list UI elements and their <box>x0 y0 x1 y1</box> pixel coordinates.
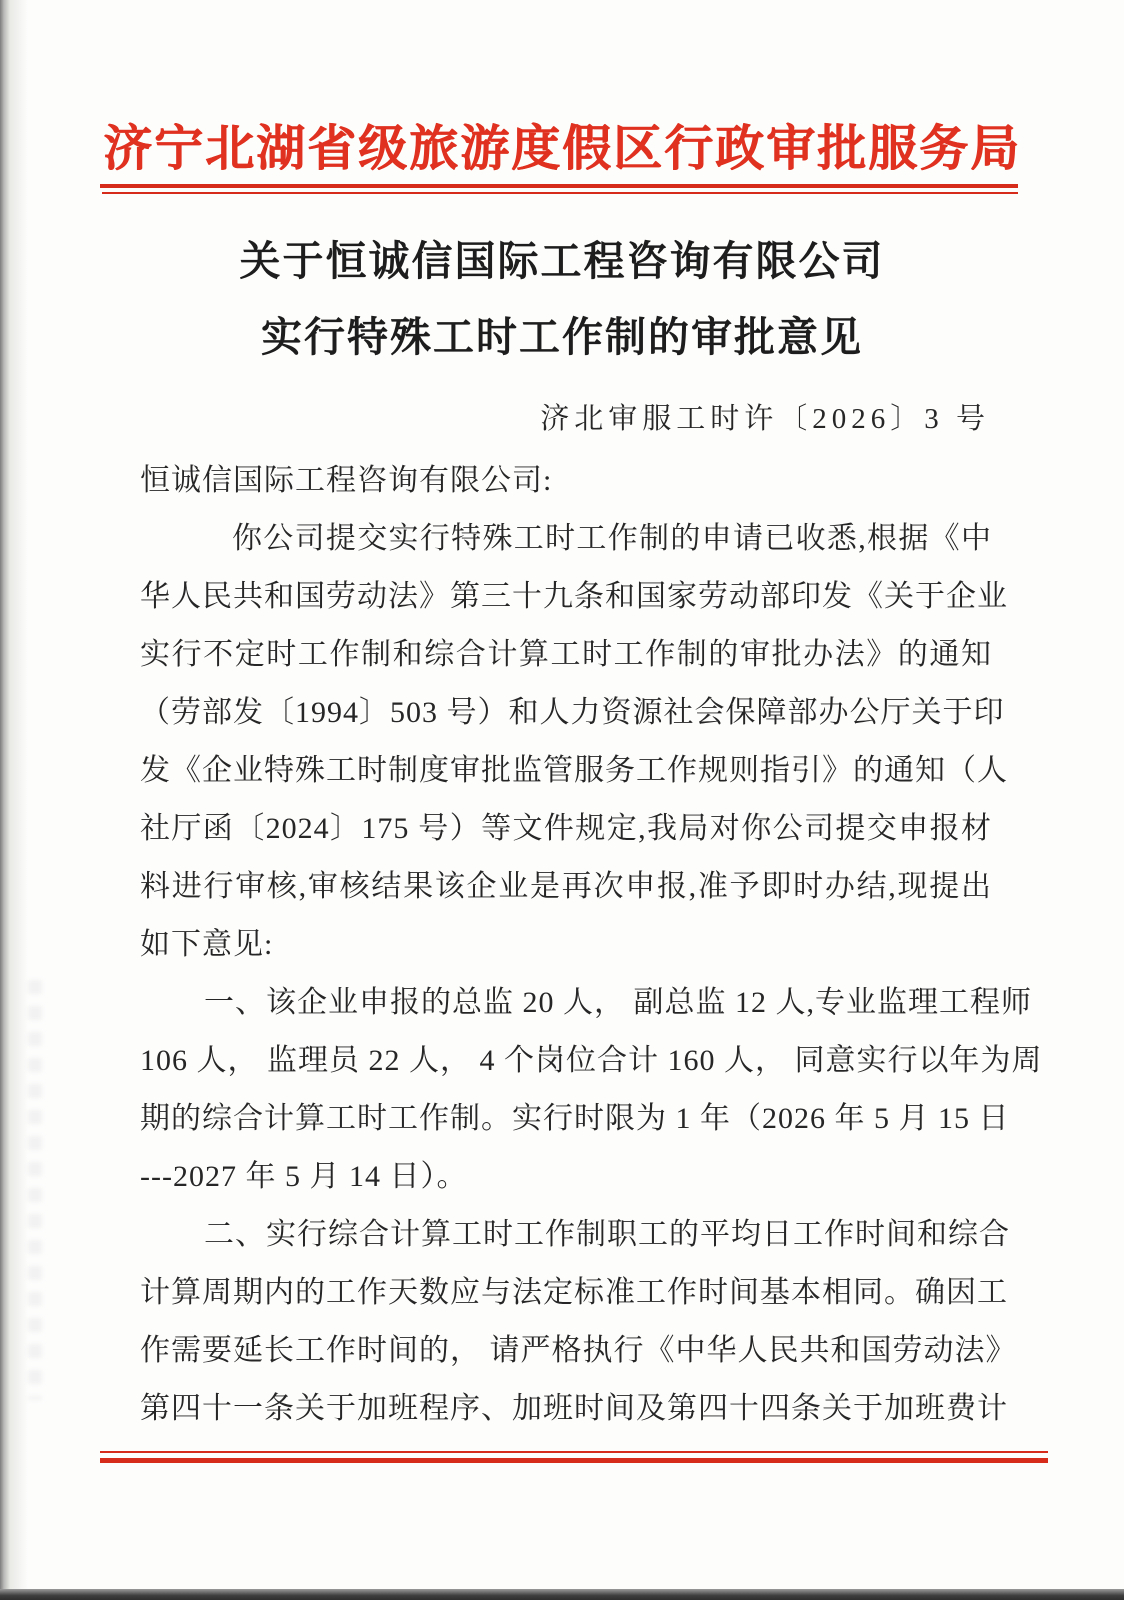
body-line: 发《企业特殊工时制度审批监管服务工作规则指引》的通知（人 <box>140 742 992 800</box>
body-line: 你公司提交实行特殊工时工作制的申请已收悉,根据《中 <box>140 510 992 568</box>
body-line: ---2027 年 5 月 14 日）。 <box>140 1148 992 1206</box>
body-line: 一、该企业申报的总监 20 人， 副总监 12 人,专业监理工程师 <box>140 974 992 1032</box>
body-line: 第四十一条关于加班程序、加班时间及第四十四条关于加班费计 <box>140 1380 992 1438</box>
footer-rule-thin <box>100 1451 1048 1453</box>
letterhead-rule-thick <box>100 184 1018 188</box>
body-line: 二、实行综合计算工时工作制职工的平均日工作时间和综合 <box>140 1206 992 1264</box>
letterhead-rule-thin <box>102 192 1018 194</box>
body-line: 期的综合计算工时工作制。实行时限为 1 年（2026 年 5 月 15 日 <box>140 1090 992 1148</box>
scan-edge-bottom <box>0 1589 1124 1600</box>
body-line: 106 人， 监理员 22 人， 4 个岗位合计 160 人， 同意实行以年为周 <box>140 1032 992 1090</box>
body-line: （劳部发〔1994〕503 号）和人力资源社会保障部办公厅关于印 <box>140 684 992 742</box>
document-page: 济宁北湖省级旅游度假区行政审批服务局 关于恒诚信国际工程咨询有限公司 实行特殊工… <box>0 0 1124 1600</box>
body-line: 计算周期内的工作天数应与法定标准工作时间基本相同。确因工 <box>140 1264 992 1322</box>
scan-smudge <box>28 980 42 1400</box>
footer-rule-thick <box>100 1458 1048 1463</box>
body-line: 社厅函〔2024〕175 号）等文件规定,我局对你公司提交申报材 <box>140 800 992 858</box>
body-line: 实行不定时工作制和综合计算工时工作制的审批办法》的通知 <box>140 626 992 684</box>
body-line: 华人民共和国劳动法》第三十九条和国家劳动部印发《关于企业 <box>140 568 992 626</box>
document-title-line1: 关于恒诚信国际工程咨询有限公司 <box>0 228 1124 287</box>
salutation: 恒诚信国际工程咨询有限公司: <box>140 452 992 510</box>
document-number: 济北审服工时许〔2026〕3 号 <box>540 396 990 437</box>
body-line: 作需要延长工作时间的， 请严格执行《中华人民共和国劳动法》 <box>140 1322 992 1380</box>
body-line: 如下意见: <box>140 916 992 974</box>
body-line: 料进行审核,审核结果该企业是再次申报,准予即时办结,现提出 <box>140 858 992 916</box>
document-title-line2: 实行特殊工时工作制的审批意见 <box>0 304 1124 363</box>
agency-letterhead: 济宁北湖省级旅游度假区行政审批服务局 <box>0 110 1124 180</box>
document-body: 恒诚信国际工程咨询有限公司: 你公司提交实行特殊工时工作制的申请已收悉,根据《中… <box>140 452 992 1438</box>
